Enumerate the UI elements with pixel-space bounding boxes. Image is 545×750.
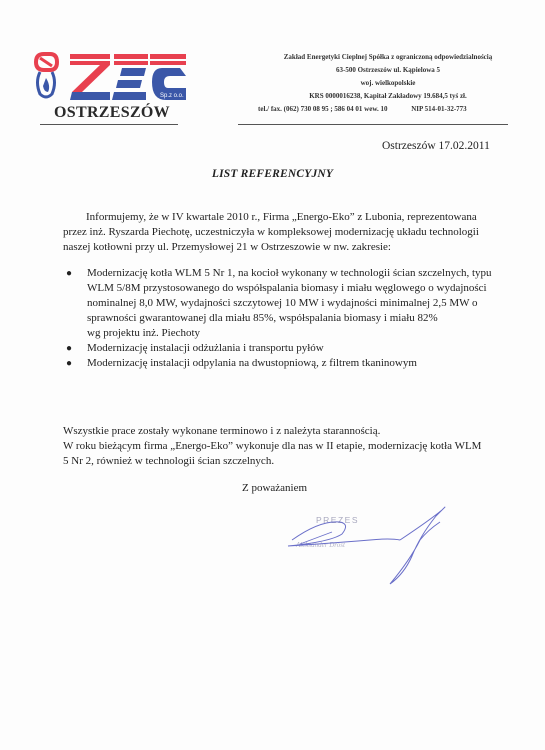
company-contact: tel./ fax. (062) 730 08 95 ; 586 04 01 w… [258,103,467,116]
closing-line: W roku bieżącym firma „Energo-Eko” wykon… [63,439,523,454]
zec-logo-icon: Sp.z o.o. [30,48,190,104]
bullet-icon: ● [66,356,72,371]
closing-line: 5 Nr 2, również w technologii ścian szcz… [63,454,523,469]
intro-line: naszej kotłowni przy ul. Przemysłowej 21… [63,240,503,255]
company-details: Zakład Energetyki Cieplnej Spółka z ogra… [238,51,538,103]
logo-city-name: OSTRZESZÓW [42,104,182,122]
header-divider [238,124,508,125]
phone-fax: tel./ fax. (062) 730 08 95 ; 586 04 01 w… [258,105,387,113]
date-line: Ostrzeszów 17.02.2011 [382,140,490,152]
letter-title: LIST REFERENCYJNY [0,168,545,180]
scope-item: ● Modernizację instalacji odżużlania i t… [63,341,513,356]
bullet-icon: ● [66,266,72,281]
company-krs: KRS 0000016238, Kapitał Zakładowy 19.684… [238,90,538,103]
logo-divider [40,124,178,125]
company-address: 63-500 Ostrzeszów ul. Kąpielowa 5 [238,64,538,77]
closing-paragraph: Wszystkie prace zostały wykonane termino… [63,424,523,469]
regards-line: Z poważaniem [242,482,307,494]
signature-icon [280,500,460,590]
bullet-icon: ● [66,341,72,356]
closing-line: Wszystkie prace zostały wykonane termino… [63,424,523,439]
svg-text:Sp.z o.o.: Sp.z o.o. [160,93,184,99]
intro-paragraph: Informujemy, że w IV kwartale 2010 r., F… [63,210,503,255]
company-name: Zakład Energetyki Cieplnej Spółka z ogra… [238,51,538,64]
intro-line: Informujemy, że w IV kwartale 2010 r., F… [63,210,503,225]
company-region: woj. wielkopolskie [238,77,538,90]
scope-item: ● Modernizację instalacji odpylania na d… [63,356,513,371]
company-logo: Sp.z o.o. OSTRZESZÓW [30,48,190,124]
letter-page: Sp.z o.o. OSTRZESZÓW Zakład Energetyki C… [0,0,545,750]
scope-list: ● Modernizację kotła WLM 5 Nr 1, na koci… [63,266,513,371]
scope-item: ● Modernizację kotła WLM 5 Nr 1, na koci… [63,266,513,341]
nip-number: NIP 514-01-32-773 [411,105,466,113]
intro-line: przez inż. Ryszarda Piechotę, uczestnicz… [63,225,503,240]
